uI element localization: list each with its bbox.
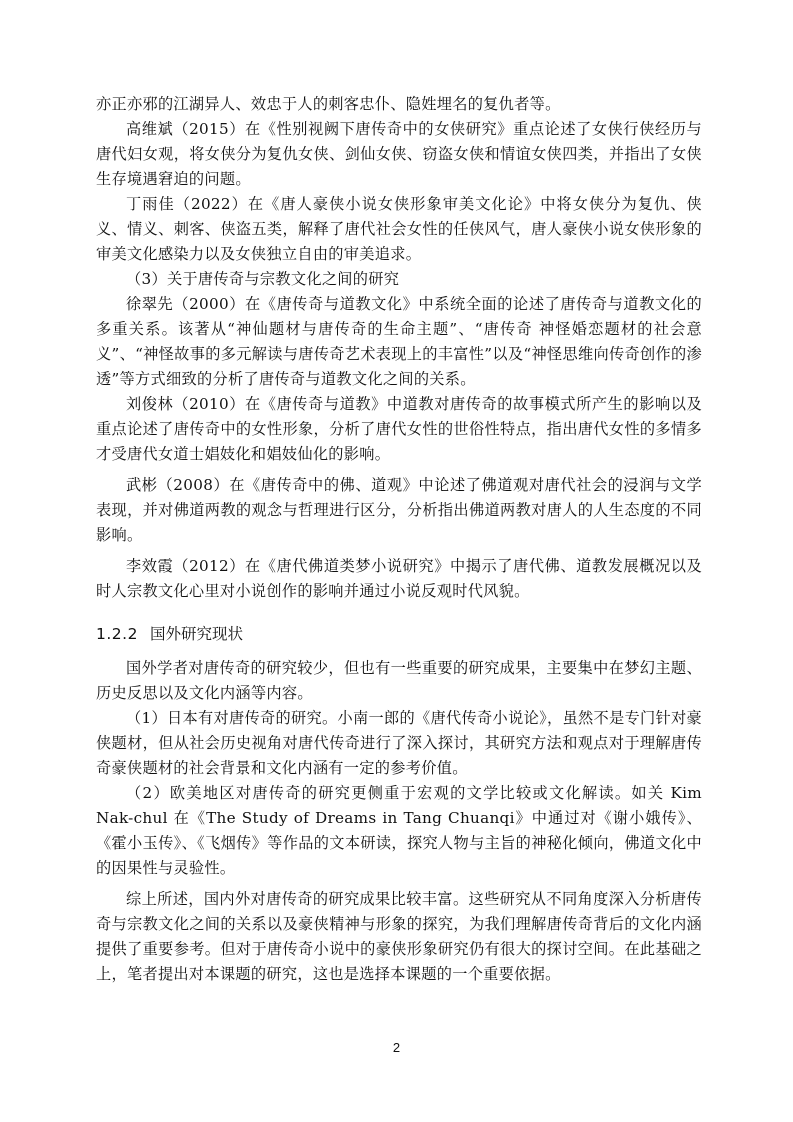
- paragraph-continuation: 亦正亦邪的江湖异人、效忠于人的刺客忠仆、隐姓埋名的复仇者等。: [96, 92, 702, 117]
- page-number: 2: [0, 1040, 793, 1055]
- paragraph-liu-junlin: 刘俊林（2010）在《唐传奇与道教》中道教对唐传奇的故事模式所产生的影响以及重点…: [96, 392, 702, 467]
- paragraph-li-xiaoxia: 李效霞（2012）在《唐代佛道类梦小说研究》中揭示了唐代佛、道教发展概况以及时人…: [96, 554, 702, 604]
- section-title: 国外研究现状: [150, 625, 243, 643]
- subsection-label-religion: （3）关于唐传奇与宗教文化之间的研究: [96, 267, 702, 292]
- paragraph-wu-bin: 武彬（2008）在《唐传奇中的佛、道观》中论述了佛道观对唐代社会的浸润与文学表现…: [96, 473, 702, 548]
- paragraph-ding-yujia: 丁雨佳（2022）在《唐人豪侠小说女侠形象审美文化论》中将女侠分为复仇、侠义、情…: [96, 192, 702, 267]
- paragraph-summary: 综上所述，国内外对唐传奇的研究成果比较丰富。这些研究从不同角度深入分析唐传奇与宗…: [96, 887, 702, 987]
- section-heading: 1.2.2国外研究现状: [96, 622, 702, 646]
- paragraph-foreign-intro: 国外学者对唐传奇的研究较少，但也有一些重要的研究成果，主要集中在梦幻主题、历史反…: [96, 656, 702, 706]
- paragraph-gao-weibin: 高维斌（2015）在《性别视阙下唐传奇中的女侠研究》重点论述了女侠行侠经历与唐代…: [96, 117, 702, 192]
- paragraph-xu-cuixian: 徐翠先（2000）在《唐传奇与道教文化》中系统全面的论述了唐传奇与道教文化的多重…: [96, 292, 702, 392]
- paragraph-japan: （1）日本有对唐传奇的研究。小南一郎的《唐代传奇小说论》，虽然不是专门针对豪侠题…: [96, 706, 702, 781]
- paragraph-west: （2）欧美地区对唐传奇的研究更侧重于宏观的文学比较或文化解读。如关 Kim Na…: [96, 781, 702, 881]
- document-page: 亦正亦邪的江湖异人、效忠于人的刺客忠仆、隐姓埋名的复仇者等。 高维斌（2015）…: [96, 92, 702, 987]
- section-number: 1.2.2: [96, 622, 150, 646]
